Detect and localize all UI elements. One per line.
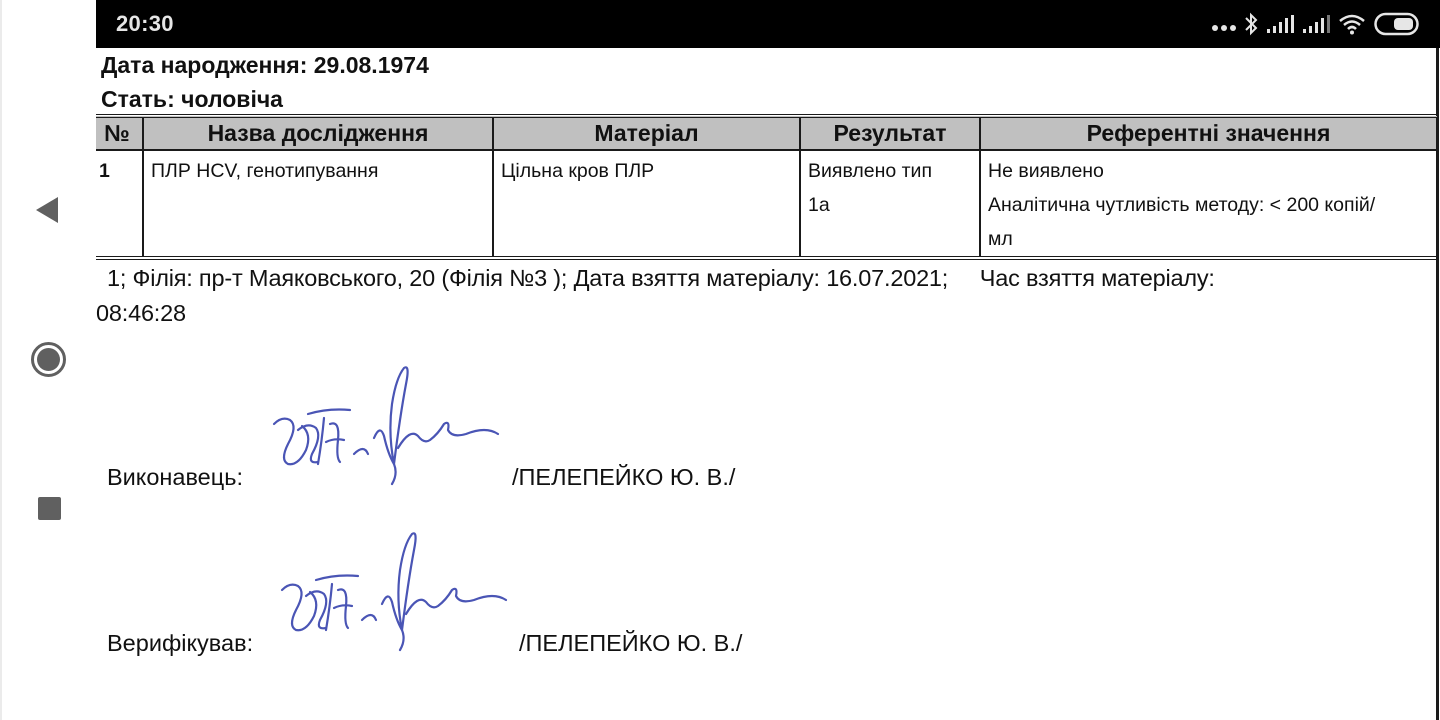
battery-icon: [1374, 12, 1420, 36]
home-button[interactable]: [2, 329, 98, 389]
back-button[interactable]: [2, 180, 98, 240]
row-number: 1: [96, 150, 143, 258]
table-header-row: № Назва дослідження Матеріал Результат Р…: [96, 116, 1437, 150]
table-row: 1 ПЛР HCV, генотипування Цільна кров ПЛР…: [96, 150, 1437, 258]
recent-apps-icon: [38, 497, 61, 520]
header-result: Результат: [800, 116, 980, 150]
reference-values: Не виявлено Аналітична чутливість методу…: [980, 150, 1437, 258]
navigation-bar: [0, 0, 96, 720]
branch-info: 1; Філія: пр-т Маяковського, 20 (Філія №…: [96, 261, 1426, 331]
sex: Стать: чоловіча: [101, 86, 283, 113]
date-of-birth: Дата народження: 29.08.1974: [101, 52, 429, 79]
verifier-label: Верифікував:: [107, 630, 253, 657]
results-table: № Назва дослідження Матеріал Результат Р…: [96, 114, 1438, 260]
header-reference: Референтні значення: [980, 116, 1437, 150]
signal-icon: [1266, 14, 1294, 34]
executor-signature-image: [268, 364, 508, 494]
header-material: Матеріал: [493, 116, 800, 150]
more-dots-icon: [1212, 25, 1236, 31]
clock: 20:30: [116, 11, 174, 37]
bluetooth-icon: [1244, 12, 1258, 36]
back-icon: [36, 197, 58, 223]
status-bar: 20:30: [96, 0, 1440, 48]
document-view[interactable]: Дата народження: 29.08.1974 Стать: чолов…: [96, 48, 1440, 720]
test-name: ПЛР HCV, генотипування: [143, 150, 493, 258]
reference-line: Не виявлено: [988, 154, 1429, 188]
signal-icon: [1302, 14, 1330, 34]
result: Виявлено тип 1а: [800, 150, 980, 258]
executor-label: Виконавець:: [107, 464, 243, 491]
material: Цільна кров ПЛР: [493, 150, 800, 258]
header-number: №: [96, 116, 143, 150]
executor-name: /ПЕЛЕПЕЙКО Ю. В./: [512, 464, 735, 491]
verifier-signature-image: [276, 530, 516, 660]
branch-info-line: 1; Філія: пр-т Маяковського, 20 (Філія №…: [96, 261, 1426, 296]
screen: 20:30: [0, 0, 1440, 720]
collection-time: 08:46:28: [96, 296, 1426, 331]
result-line: Виявлено тип: [808, 154, 972, 188]
header-test-name: Назва дослідження: [143, 116, 493, 150]
recent-apps-button[interactable]: [2, 478, 98, 538]
status-icons: [1212, 10, 1420, 38]
reference-line: мл: [988, 222, 1429, 256]
wifi-icon: [1338, 13, 1366, 35]
result-line: 1а: [808, 188, 972, 222]
reference-line: Аналітична чутливість методу: < 200 копі…: [988, 188, 1429, 222]
verifier-name: /ПЕЛЕПЕЙКО Ю. В./: [519, 630, 742, 657]
home-icon: [31, 342, 66, 377]
